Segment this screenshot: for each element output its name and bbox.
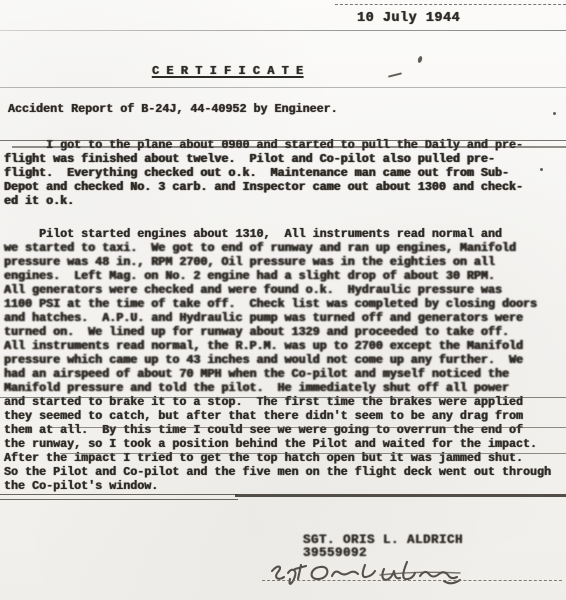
document-subject: Accident Report of B-24J, 44-40952 by En… (8, 102, 338, 116)
report-line: ed it o.k. (4, 194, 566, 208)
report-line: Pilot started engines about 1310, All in… (4, 227, 566, 241)
handwritten-signature (262, 556, 492, 598)
report-line: and hatches. A.P.U. and Hydraulic pump w… (4, 311, 566, 325)
report-line: Depot and checked No. 3 carb. and Inspec… (4, 180, 566, 194)
report-line: flight was finished about twelve. Pilot … (4, 152, 566, 166)
report-line: we started to taxi. We got to end of run… (4, 241, 566, 255)
report-line: the runway, so I took a position behind … (4, 437, 566, 451)
signature-typed-name: SGT. ORIS L. ALDRICH (303, 533, 463, 547)
ink-speck (388, 72, 402, 77)
crease-line (0, 87, 566, 88)
crease-line (0, 494, 238, 495)
ink-speck (417, 56, 423, 64)
report-line: Manifold pressure and told the pilot. He… (4, 381, 566, 395)
report-line: they seemed to catch, but after that the… (4, 409, 566, 423)
report-line: All generators were checked and were fou… (4, 283, 566, 297)
scanned-document: 10 July 1944 C E R T I F I C A T E Accid… (0, 0, 566, 600)
document-title: C E R T I F I C A T E (152, 64, 303, 78)
report-line: and started to brake it to a stop. The f… (4, 395, 566, 409)
report-line: turned on. We lined up for runway about … (4, 325, 566, 339)
paragraph-accident: Pilot started engines about 1310, All in… (4, 227, 566, 493)
report-line: them at all. By this time I could see we… (4, 423, 566, 437)
report-line: flight. Everything checked out o.k. Main… (4, 166, 566, 180)
crease-line (335, 4, 566, 5)
report-line: the Co-pilot's window. (4, 479, 566, 493)
ink-speck (553, 112, 556, 115)
report-line: After the impact I tried to get the top … (4, 451, 566, 465)
crease-line (235, 494, 566, 497)
crease-line (0, 30, 566, 31)
ink-speck (540, 168, 543, 171)
report-line: All instruments read normal, the R.P.M. … (4, 339, 566, 353)
report-line: I got to the plane about 0900 and starte… (4, 138, 566, 152)
report-line: pressure was 48 in., RPM 2700, Oil press… (4, 255, 566, 269)
report-line: 1100 PSI at the time of take off. Check … (4, 297, 566, 311)
document-date: 10 July 1944 (357, 11, 460, 26)
crease-line (0, 499, 238, 500)
report-line: So the Pilot and Co-pilot and the five m… (4, 465, 566, 479)
report-line: pressure which came up to 43 inches and … (4, 353, 566, 367)
report-line: had an airspeed of about 70 MPH when the… (4, 367, 566, 381)
report-line: engines. Left Mag. on No. 2 engine had a… (4, 269, 566, 283)
paragraph-preflight: I got to the plane about 0900 and starte… (4, 138, 566, 208)
